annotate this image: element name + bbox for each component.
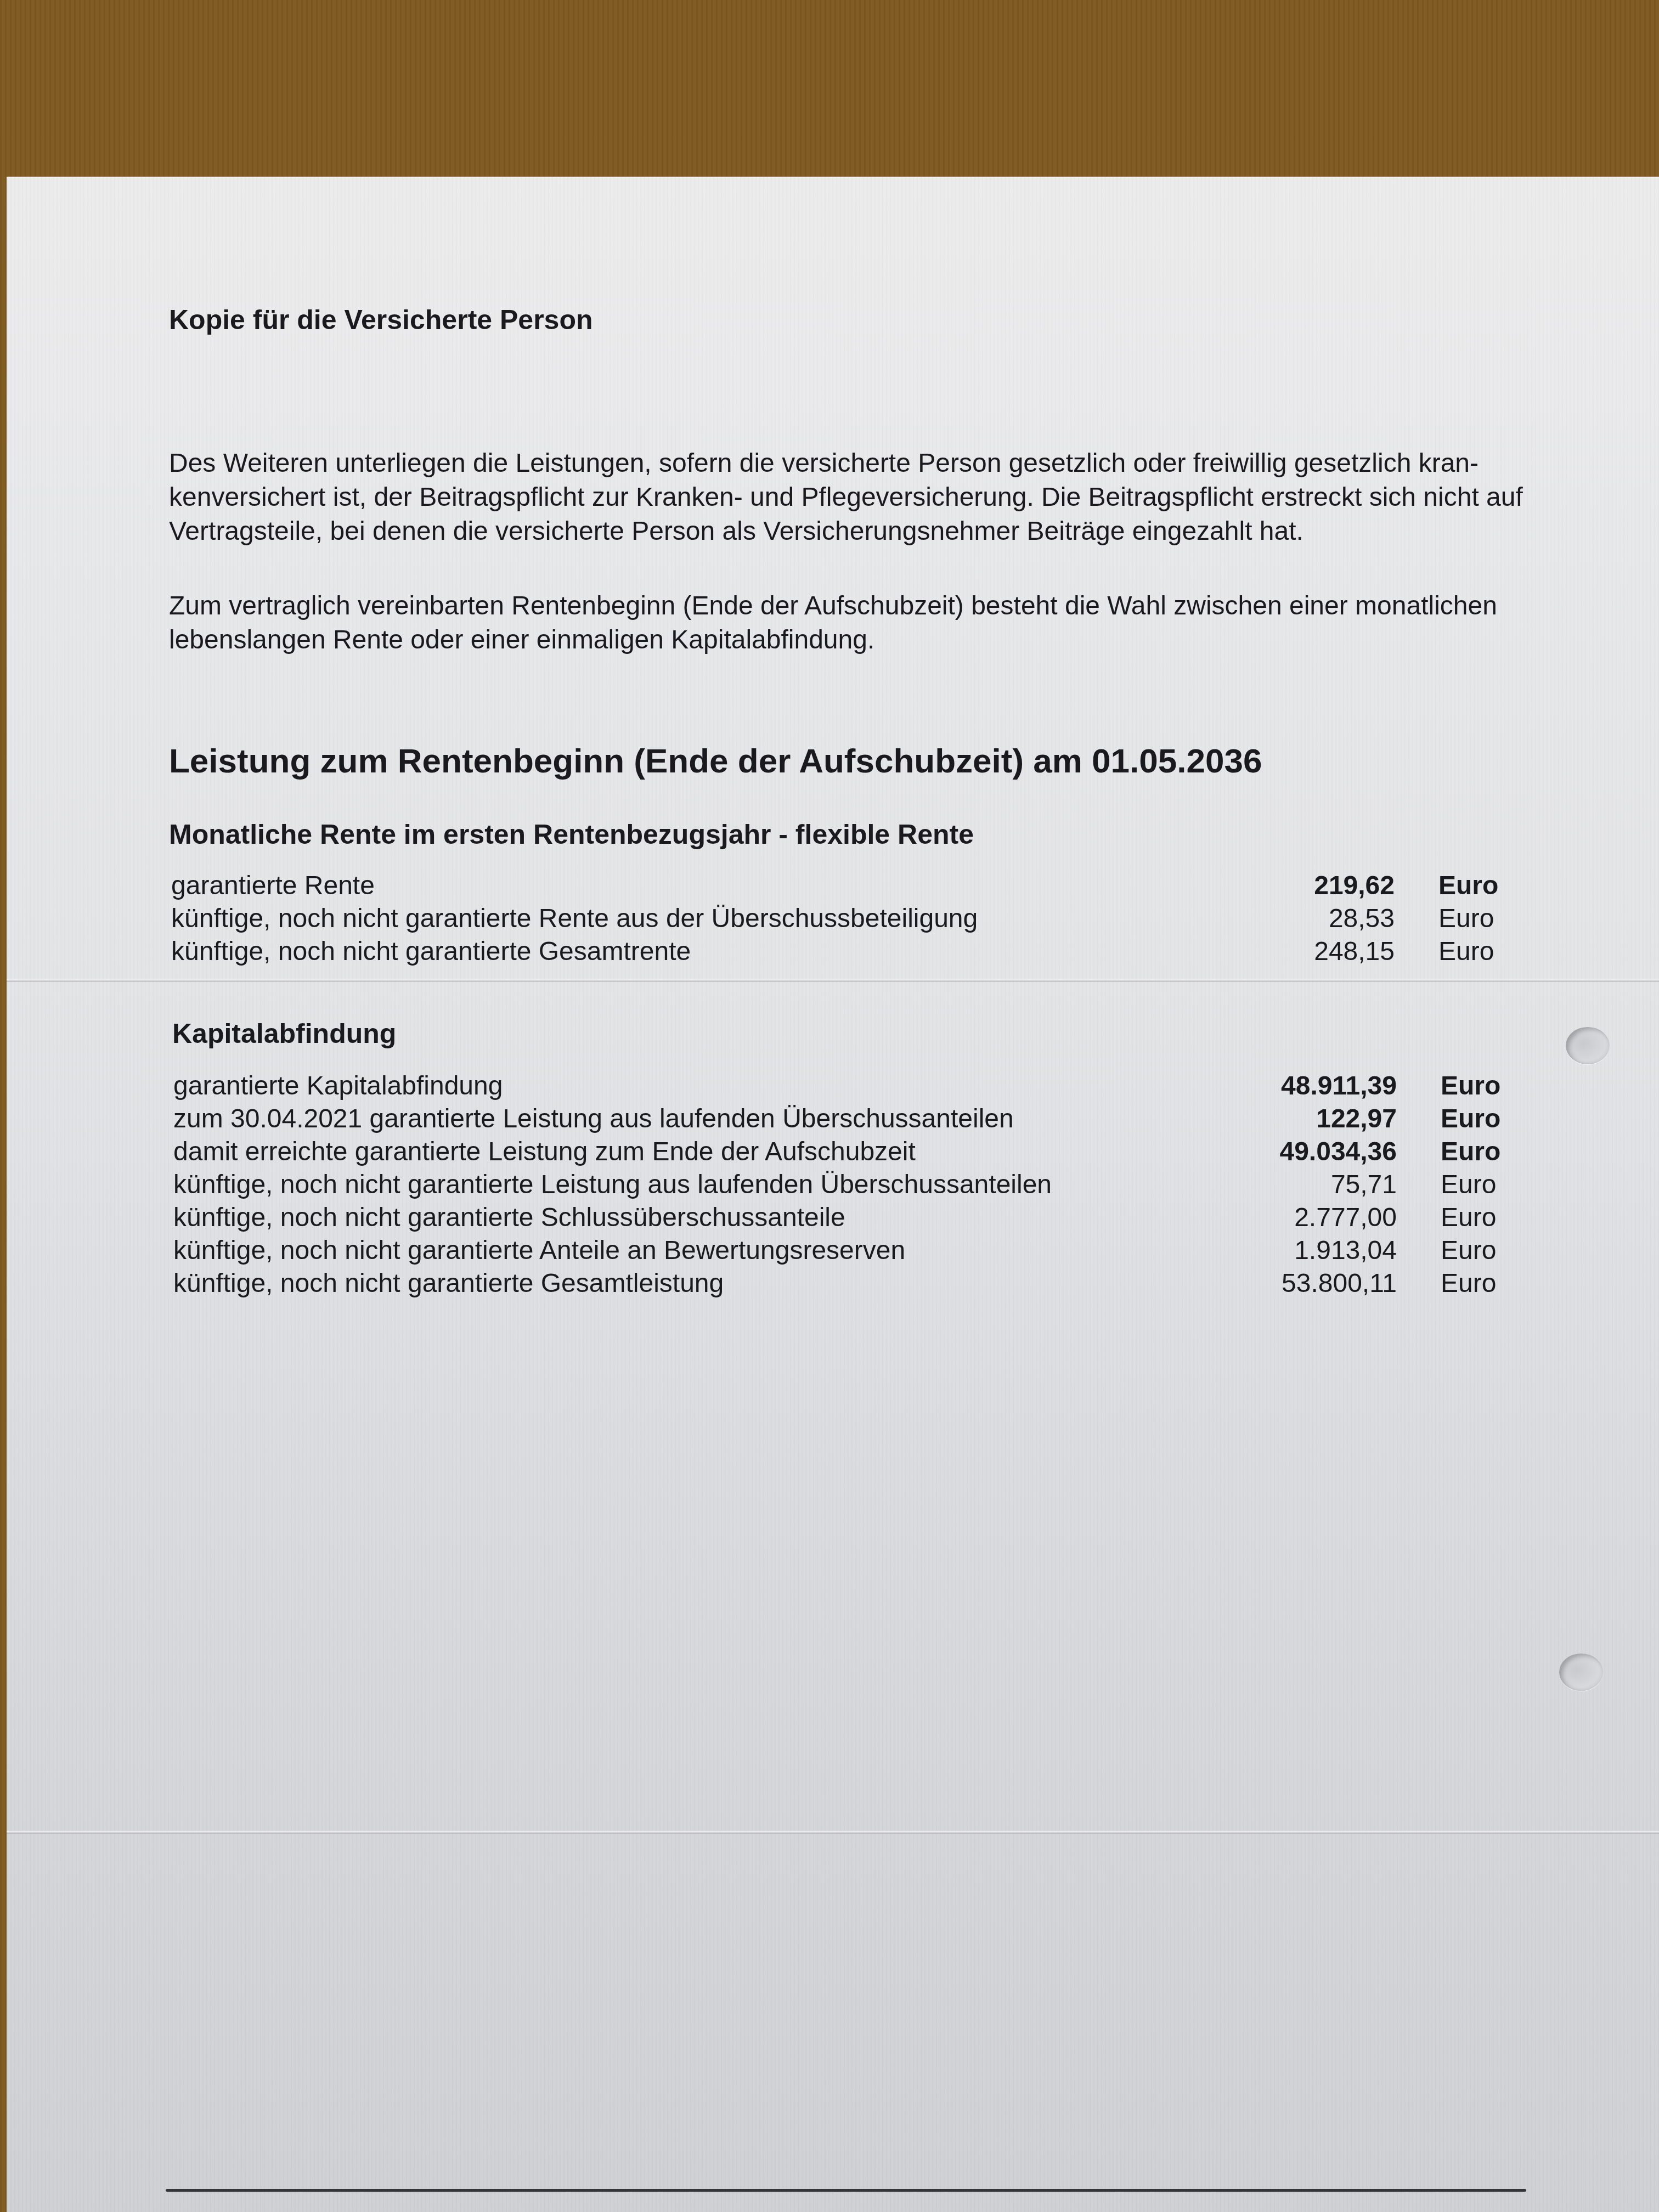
row-label: künftige, noch nicht garantierte Anteile… [173, 1235, 1232, 1266]
paper-fold [7, 1831, 1659, 1834]
row-label: künftige, noch nicht garantierte Schluss… [173, 1203, 1232, 1233]
monthly-pension-table: garantierte Rente 219,62 Euro künftige, … [171, 871, 1499, 969]
table-row: künftige, noch nicht garantierte Gesamtl… [173, 1268, 1501, 1301]
punch-hole-icon [1566, 1027, 1610, 1064]
table-row: garantierte Rente 219,62 Euro [171, 871, 1499, 904]
row-amount: 1.913,04 [1232, 1235, 1397, 1266]
row-amount: 75,71 [1232, 1170, 1397, 1200]
paragraph-payout-choice: Zum vertraglich vereinbarten Rentenbegin… [169, 589, 1617, 657]
row-unit: Euro [1395, 871, 1499, 901]
row-label: garantierte Kapitalabfindung [173, 1071, 1232, 1101]
row-unit: Euro [1397, 1203, 1501, 1233]
row-amount: 2.777,00 [1232, 1203, 1397, 1233]
table-row: künftige, noch nicht garantierte Leistun… [173, 1170, 1501, 1203]
row-label: künftige, noch nicht garantierte Rente a… [171, 904, 1230, 934]
paragraph-contribution-obligation: Des Weiteren unterliegen die Leistungen,… [169, 447, 1617, 549]
table-row: zum 30.04.2021 garantierte Leistung aus … [173, 1104, 1501, 1137]
copy-label: Kopie für die Versicherte Person [169, 304, 593, 336]
row-unit: Euro [1397, 1137, 1501, 1167]
document-page: Kopie für die Versicherte Person Des Wei… [7, 177, 1659, 2212]
table-row: künftige, noch nicht garantierte Gesamtr… [171, 936, 1499, 969]
row-unit: Euro [1397, 1071, 1501, 1101]
row-amount: 248,15 [1230, 936, 1395, 967]
section-title: Leistung zum Rentenbeginn (Ende der Aufs… [169, 742, 1262, 781]
row-unit: Euro [1397, 1104, 1501, 1134]
table-row: damit erreichte garantierte Leistung zum… [173, 1137, 1501, 1170]
footer-divider [166, 2189, 1526, 2192]
row-amount: 49.034,36 [1232, 1137, 1397, 1167]
row-amount: 122,97 [1232, 1104, 1397, 1134]
table-row: künftige, noch nicht garantierte Schluss… [173, 1203, 1501, 1235]
row-unit: Euro [1397, 1268, 1501, 1299]
table-row: garantierte Kapitalabfindung 48.911,39 E… [173, 1071, 1501, 1104]
capital-payment-title: Kapitalabfindung [172, 1018, 396, 1049]
capital-payment-table: garantierte Kapitalabfindung 48.911,39 E… [173, 1071, 1501, 1301]
row-amount: 28,53 [1230, 904, 1395, 934]
table-row: künftige, noch nicht garantierte Anteile… [173, 1235, 1501, 1268]
row-unit: Euro [1397, 1235, 1501, 1266]
monthly-pension-title: Monatliche Rente im ersten Rentenbezugsj… [169, 819, 974, 850]
row-amount: 53.800,11 [1232, 1268, 1397, 1299]
table-row: künftige, noch nicht garantierte Rente a… [171, 904, 1499, 936]
row-label: künftige, noch nicht garantierte Gesamtl… [173, 1268, 1232, 1299]
paper-fold [7, 979, 1659, 982]
row-label: künftige, noch nicht garantierte Leistun… [173, 1170, 1232, 1200]
row-amount: 48.911,39 [1232, 1071, 1397, 1101]
row-unit: Euro [1395, 904, 1499, 934]
row-label: zum 30.04.2021 garantierte Leistung aus … [173, 1104, 1232, 1134]
row-label: damit erreichte garantierte Leistung zum… [173, 1137, 1232, 1167]
row-label: künftige, noch nicht garantierte Gesamtr… [171, 936, 1230, 967]
row-amount: 219,62 [1230, 871, 1395, 901]
row-label: garantierte Rente [171, 871, 1230, 901]
punch-hole-icon [1559, 1654, 1603, 1691]
row-unit: Euro [1397, 1170, 1501, 1200]
row-unit: Euro [1395, 936, 1499, 967]
